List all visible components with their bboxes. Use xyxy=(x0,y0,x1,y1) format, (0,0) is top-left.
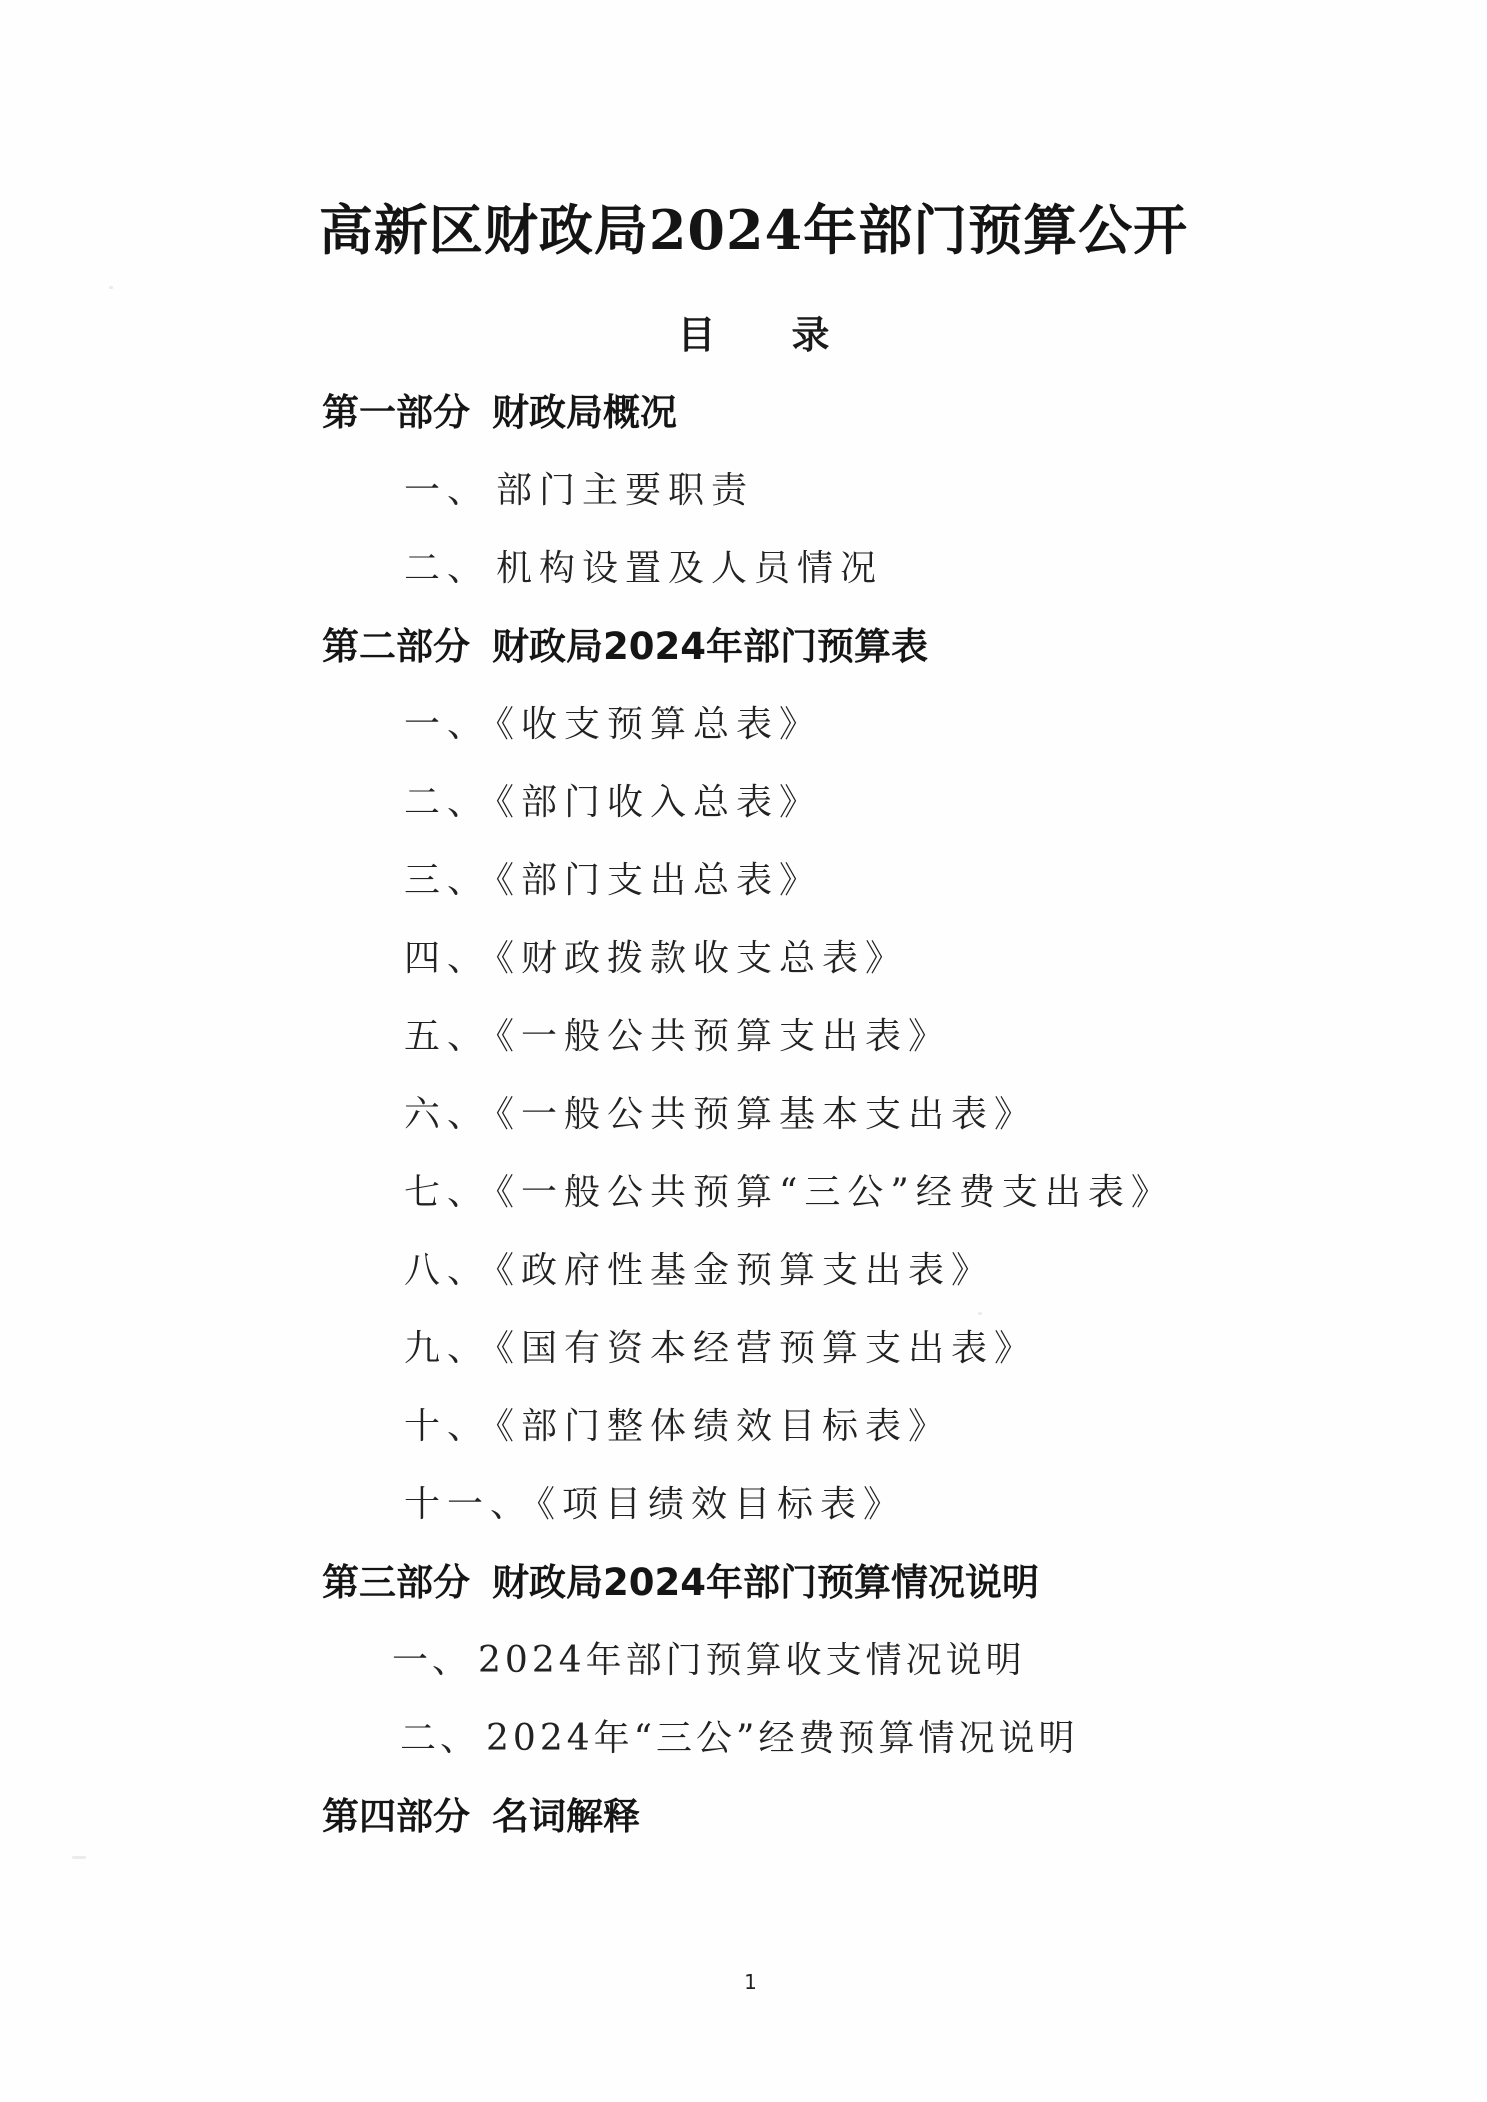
part-title: 财政局概况 xyxy=(492,391,677,434)
item-text: 机构设置及人员情况 xyxy=(496,548,883,589)
toc-heading-char-2: 录 xyxy=(792,312,830,357)
item-number: 九、 xyxy=(404,1328,490,1369)
item-number: 一、 xyxy=(404,704,490,745)
item-text: 《一般公共预算支出表》 xyxy=(496,1016,951,1057)
part-title: 名词解释 xyxy=(492,1795,640,1838)
item-text: 《收支预算总表》 xyxy=(496,704,822,745)
item-text: 《部门支出总表》 xyxy=(496,860,822,901)
item-text: 《财政拨款收支总表》 xyxy=(496,938,908,979)
toc-item[interactable]: 七、《一般公共预算“三公”经费支出表》 xyxy=(404,1169,1174,1217)
item-text: 《政府性基金预算支出表》 xyxy=(496,1250,994,1291)
document-page: 高新区财政局2024年部门预算公开 目录 第一部分财政局概况 一、部门主要职责 … xyxy=(0,0,1487,2102)
item-number: 四、 xyxy=(404,938,490,979)
part-label: 第四部分 xyxy=(322,1795,470,1838)
item-number: 八、 xyxy=(404,1250,490,1291)
item-text: 2024年部门预算收支情况说明 xyxy=(478,1640,1026,1681)
toc-item[interactable]: 二、机构设置及人员情况 xyxy=(404,545,883,593)
toc-item[interactable]: 六、《一般公共预算基本支出表》 xyxy=(404,1091,1037,1139)
toc-item[interactable]: 十、《部门整体绩效目标表》 xyxy=(404,1403,951,1451)
toc-item[interactable]: 一、部门主要职责 xyxy=(404,467,754,515)
item-number: 三、 xyxy=(404,860,490,901)
item-number: 六、 xyxy=(404,1094,490,1135)
item-text: 《一般公共预算基本支出表》 xyxy=(496,1094,1037,1135)
part-label: 第三部分 xyxy=(322,1561,470,1604)
toc-part-3[interactable]: 第三部分财政局2024年部门预算情况说明 xyxy=(322,1559,1039,1607)
toc-part-1[interactable]: 第一部分财政局概况 xyxy=(322,389,677,437)
item-number: 一、 xyxy=(404,470,490,511)
toc-part-2[interactable]: 第二部分财政局2024年部门预算表 xyxy=(322,623,928,671)
toc-item[interactable]: 五、《一般公共预算支出表》 xyxy=(404,1013,951,1061)
toc-item[interactable]: 一、《收支预算总表》 xyxy=(404,701,822,749)
part-title: 财政局2024年部门预算表 xyxy=(492,625,928,668)
item-text: 2024年“三公”经费预算情况说明 xyxy=(486,1718,1078,1759)
item-number: 五、 xyxy=(404,1016,490,1057)
toc-heading: 目录 xyxy=(0,312,1487,358)
scan-speck xyxy=(72,1856,86,1859)
item-number: 二、 xyxy=(404,782,490,823)
item-number: 十一、 xyxy=(404,1484,533,1525)
item-number: 十、 xyxy=(404,1406,490,1447)
item-text: 《部门整体绩效目标表》 xyxy=(496,1406,951,1447)
toc-item[interactable]: 十一、《项目绩效目标表》 xyxy=(404,1481,906,1529)
item-text: 《一般公共预算“三公”经费支出表》 xyxy=(496,1172,1174,1213)
toc-item[interactable]: 四、《财政拨款收支总表》 xyxy=(404,935,908,983)
toc-item[interactable]: 九、《国有资本经营预算支出表》 xyxy=(404,1325,1037,1373)
part-label: 第二部分 xyxy=(322,625,470,668)
part-label: 第一部分 xyxy=(322,391,470,434)
item-number: 二、 xyxy=(400,1718,480,1759)
toc-item[interactable]: 三、《部门支出总表》 xyxy=(404,857,822,905)
document-title: 高新区财政局2024年部门预算公开 xyxy=(0,196,1487,264)
toc-part-4[interactable]: 第四部分名词解释 xyxy=(322,1793,640,1841)
toc-item[interactable]: 二、2024年“三公”经费预算情况说明 xyxy=(400,1715,1078,1763)
item-text: 《项目绩效目标表》 xyxy=(537,1484,906,1525)
scan-speck xyxy=(109,286,113,289)
scan-speck xyxy=(978,1312,982,1315)
item-text: 《部门收入总表》 xyxy=(496,782,822,823)
toc-heading-char-1: 目 xyxy=(677,312,715,357)
toc-item[interactable]: 八、《政府性基金预算支出表》 xyxy=(404,1247,994,1295)
toc-item[interactable]: 一、2024年部门预算收支情况说明 xyxy=(392,1637,1026,1685)
item-text: 《国有资本经营预算支出表》 xyxy=(496,1328,1037,1369)
page-number: 1 xyxy=(0,1970,1487,1994)
item-number: 七、 xyxy=(404,1172,490,1213)
toc-item[interactable]: 二、《部门收入总表》 xyxy=(404,779,822,827)
item-number: 一、 xyxy=(392,1640,472,1681)
part-title: 财政局2024年部门预算情况说明 xyxy=(492,1561,1039,1604)
item-number: 二、 xyxy=(404,548,490,589)
item-text: 部门主要职责 xyxy=(496,470,754,511)
